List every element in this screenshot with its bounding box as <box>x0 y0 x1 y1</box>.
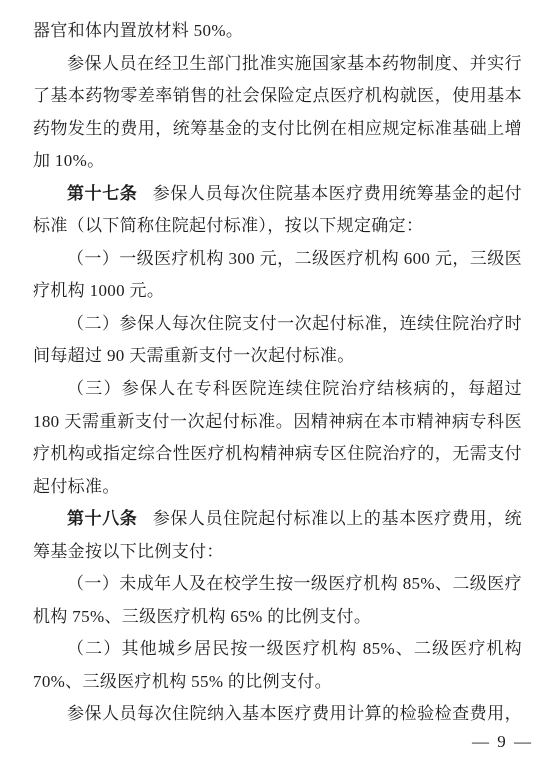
text-line: 第十七条参保人员每次住院基本医疗费用统筹基金的起付 <box>33 178 522 211</box>
text-line: 参保人员每次住院纳入基本医疗费用计算的检验检查费用， <box>33 698 522 731</box>
paragraph: （一）未成年人及在校学生按一级医疗机构 85%、二级医疗机构 75%、三级医疗机… <box>33 568 522 633</box>
document-page: 器官和体内置放材料 50%。参保人员在经卫生部门批准实施国家基本药物制度、并实行… <box>0 0 559 775</box>
article-number: 第十八条 <box>67 509 137 528</box>
text-line: （二）参保人每次住院支付一次起付标准，连续住院治疗时 <box>33 308 522 341</box>
paragraph: （二）参保人每次住院支付一次起付标准，连续住院治疗时间每超过 90 天需重新支付… <box>33 308 522 373</box>
text-line: 间每超过 90 天需重新支付一次起付标准。 <box>33 340 522 373</box>
paragraph: 第十八条参保人员住院起付标准以上的基本医疗费用，统筹基金按以下比例支付： <box>33 503 522 568</box>
paragraph: 参保人员在经卫生部门批准实施国家基本药物制度、并实行了基本药物零差率销售的社会保… <box>33 48 522 178</box>
article-number: 第十七条 <box>67 184 137 203</box>
document-body: 器官和体内置放材料 50%。参保人员在经卫生部门批准实施国家基本药物制度、并实行… <box>33 15 522 731</box>
text-line: （一）一级医疗机构 300 元，二级医疗机构 600 元，三级医 <box>33 243 522 276</box>
text-line: 70%、三级医疗机构 55% 的比例支付。 <box>33 666 522 699</box>
paragraph: 器官和体内置放材料 50%。 <box>33 15 522 48</box>
text-line: 起付标准。 <box>33 471 522 504</box>
paragraph: （三）参保人在专科医院连续住院治疗结核病的，每超过180 天需重新支付一次起付标… <box>33 373 522 503</box>
paragraph: 参保人员每次住院纳入基本医疗费用计算的检验检查费用， <box>33 698 522 731</box>
text-line: 机构 75%、三级医疗机构 65% 的比例支付。 <box>33 601 522 634</box>
text-line: 疗机构或指定综合性医疗机构精神病专区住院治疗的，无需支付 <box>33 438 522 471</box>
text-line: 第十八条参保人员住院起付标准以上的基本医疗费用，统 <box>33 503 522 536</box>
text-line: 筹基金按以下比例支付： <box>33 536 522 569</box>
text-line: 器官和体内置放材料 50%。 <box>33 15 522 48</box>
paragraph: （一）一级医疗机构 300 元，二级医疗机构 600 元，三级医疗机构 1000… <box>33 243 522 308</box>
text-line: 标准（以下简称住院起付标准），按以下规定确定： <box>33 210 522 243</box>
paragraph: 第十七条参保人员每次住院基本医疗费用统筹基金的起付标准（以下简称住院起付标准），… <box>33 178 522 243</box>
text-line: 参保人员在经卫生部门批准实施国家基本药物制度、并实行 <box>33 48 522 81</box>
text-line: 180 天需重新支付一次起付标准。因精神病在本市精神病专科医 <box>33 406 522 439</box>
text-line: 加 10%。 <box>33 145 522 178</box>
page-number: — 9 — <box>472 731 533 753</box>
paragraph: （二）其他城乡居民按一级医疗机构 85%、二级医疗机构70%、三级医疗机构 55… <box>33 633 522 698</box>
text-line: （二）其他城乡居民按一级医疗机构 85%、二级医疗机构 <box>33 633 522 666</box>
text-line: （三）参保人在专科医院连续住院治疗结核病的，每超过 <box>33 373 522 406</box>
text-line: （一）未成年人及在校学生按一级医疗机构 85%、二级医疗 <box>33 568 522 601</box>
text-line: 药物发生的费用，统筹基金的支付比例在相应规定标准基础上增 <box>33 113 522 146</box>
text-line: 了基本药物零差率销售的社会保险定点医疗机构就医，使用基本 <box>33 80 522 113</box>
text-line: 疗机构 1000 元。 <box>33 275 522 308</box>
